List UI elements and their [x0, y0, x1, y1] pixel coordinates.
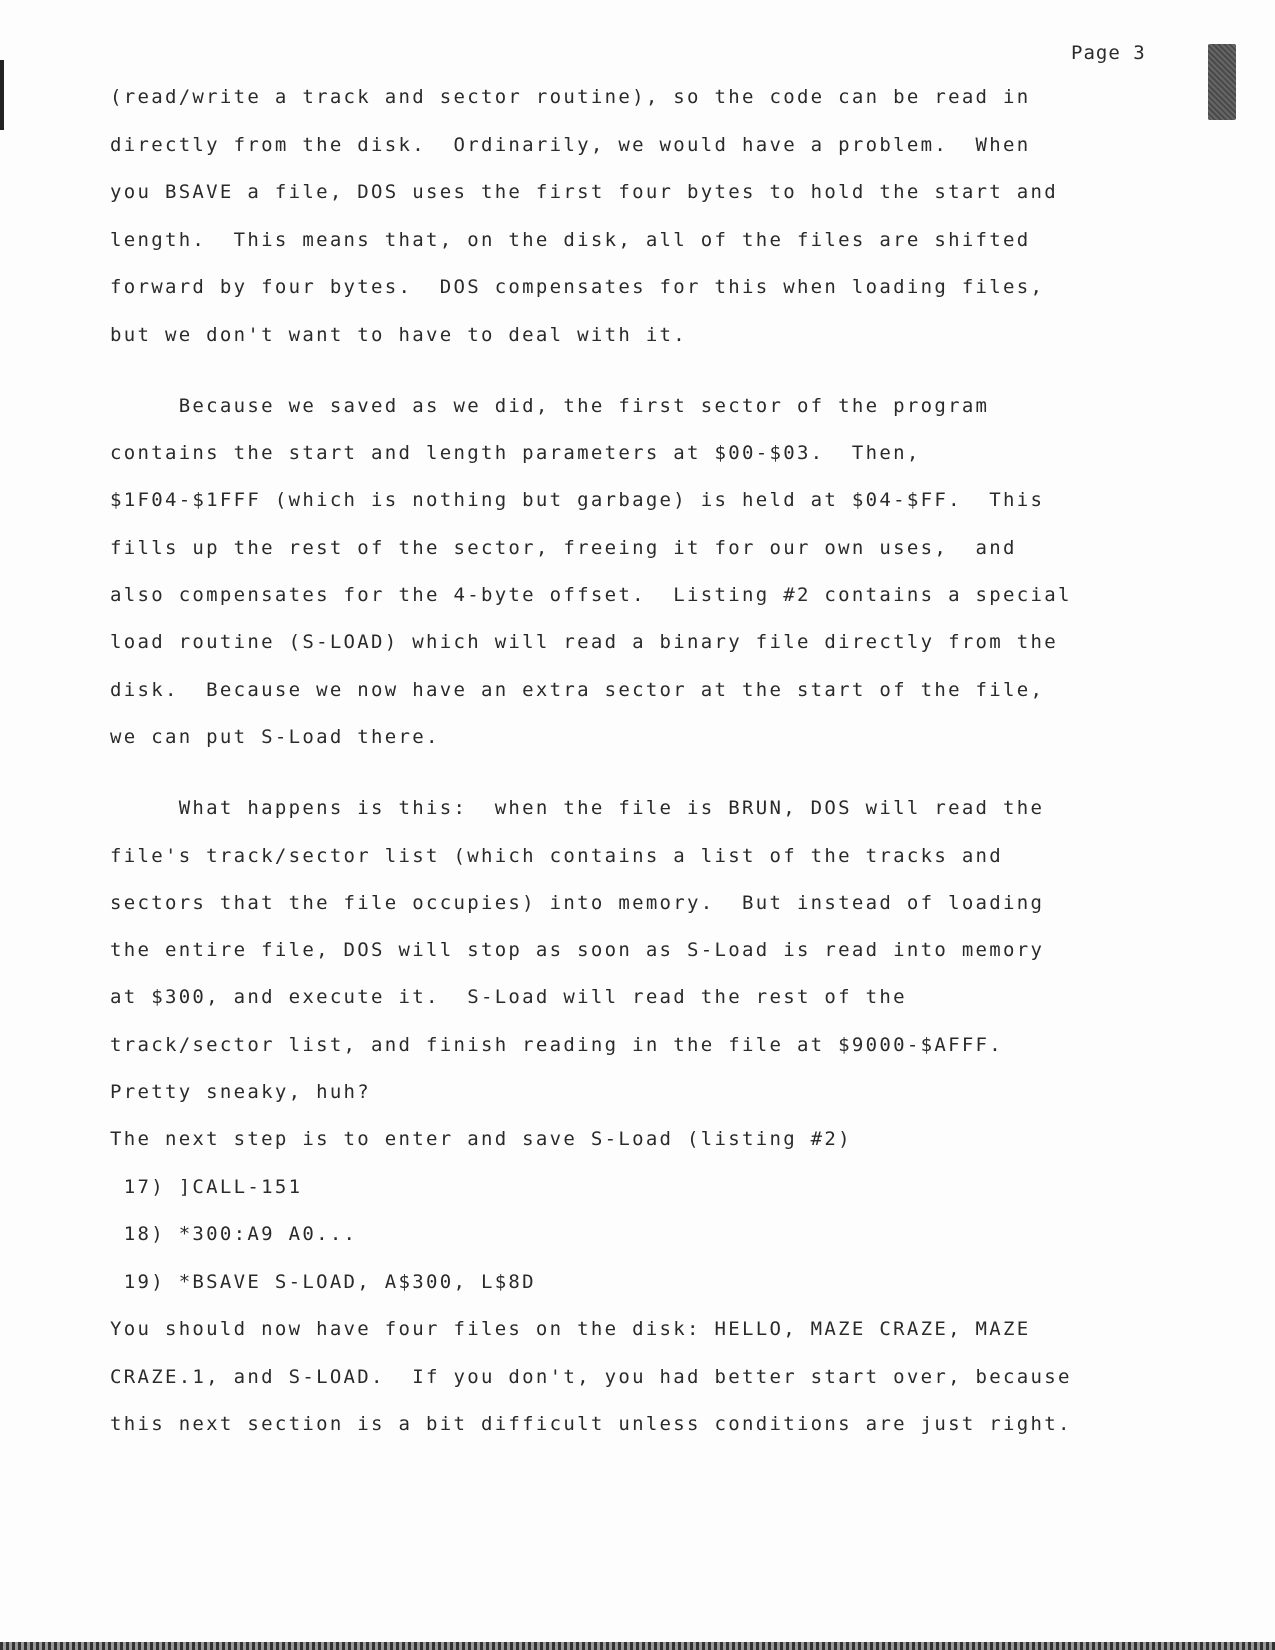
text-line: Because we saved as we did, the first se… — [110, 395, 989, 417]
text-line: (read/write a track and sector routine),… — [110, 86, 1031, 108]
text-line: disk. Because we now have an extra secto… — [110, 679, 1044, 701]
text-line: CRAZE.1, and S-LOAD. If you don't, you h… — [110, 1366, 1072, 1388]
code-line: 17) ]CALL-151 — [110, 1176, 302, 1198]
text-line: file's track/sector list (which contains… — [110, 845, 1003, 867]
text-line: You should now have four files on the di… — [110, 1318, 1031, 1340]
text-line: the entire file, DOS will stop as soon a… — [110, 939, 1044, 961]
text-line: contains the start and length parameters… — [110, 442, 921, 464]
text-line: load routine (S-LOAD) which will read a … — [110, 631, 1058, 653]
text-line: at $300, and execute it. S-Load will rea… — [110, 986, 907, 1008]
text-line: fills up the rest of the sector, freeing… — [110, 537, 1017, 559]
document-page: Page 3 (read/write a track and sector ro… — [0, 0, 1275, 1650]
text-line: you BSAVE a file, DOS uses the first fou… — [110, 181, 1058, 203]
text-line: forward by four bytes. DOS compensates f… — [110, 276, 1044, 298]
text-line: also compensates for the 4-byte offset. … — [110, 584, 1072, 606]
text-line: this next section is a bit difficult unl… — [110, 1413, 1072, 1435]
scan-bottom-edge — [0, 1642, 1275, 1650]
text-line: sectors that the file occupies) into mem… — [110, 892, 1044, 914]
text-line: $1F04-$1FFF (which is nothing but garbag… — [110, 489, 1044, 511]
code-line: 18) *300:A9 A0... — [110, 1223, 357, 1245]
page-number: Page 3 — [1071, 42, 1146, 64]
text-line: track/sector list, and finish reading in… — [110, 1034, 1003, 1056]
binder-tab-mark — [1208, 44, 1236, 120]
text-line: but we don't want to have to deal with i… — [110, 324, 687, 346]
text-line: The next step is to enter and save S-Loa… — [110, 1128, 852, 1150]
text-line: What happens is this: when the file is B… — [110, 797, 1044, 819]
text-line: directly from the disk. Ordinarily, we w… — [110, 134, 1031, 156]
text-line: we can put S-Load there. — [110, 726, 440, 748]
scan-edge-mark — [0, 60, 4, 130]
text-line: length. This means that, on the disk, al… — [110, 229, 1031, 251]
code-line: 19) *BSAVE S-LOAD, A$300, L$8D — [110, 1271, 536, 1293]
text-line: Pretty sneaky, huh? — [110, 1081, 371, 1103]
